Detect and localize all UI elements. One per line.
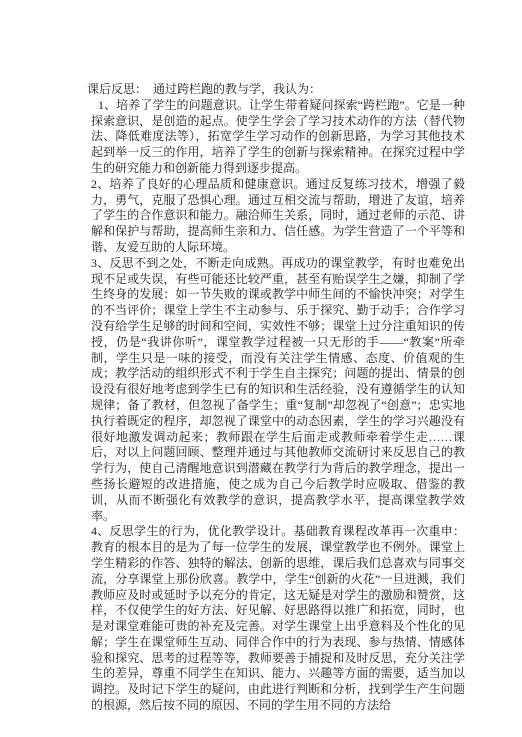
- paragraph-4: 4、反思学生的行为，优化教学设计。基础教育课程改革再一次重申：教育的根本目的是为…: [91, 524, 465, 714]
- document-title: 课后反思： 通过跨栏跑的教与学，我认为：: [87, 82, 465, 98]
- document-page: 课后反思： 通过跨栏跑的教与学，我认为： 1、培养了学生的问题意识。让学生带着疑…: [0, 0, 522, 737]
- paragraph-1: 1、培养了学生的问题意识。让学生带着疑问探索“跨栏跑”。它是一种探索意识，是创造…: [91, 98, 465, 177]
- paragraph-3: 3、反思不到之处，不断走向成熟。再成功的课堂教学，有时也难免出现不足或失误，有些…: [91, 256, 465, 525]
- paragraph-2: 2、培养了良好的心理品质和健康意识。通过反复练习技术，增强了毅力，勇气，克服了恐…: [91, 177, 465, 256]
